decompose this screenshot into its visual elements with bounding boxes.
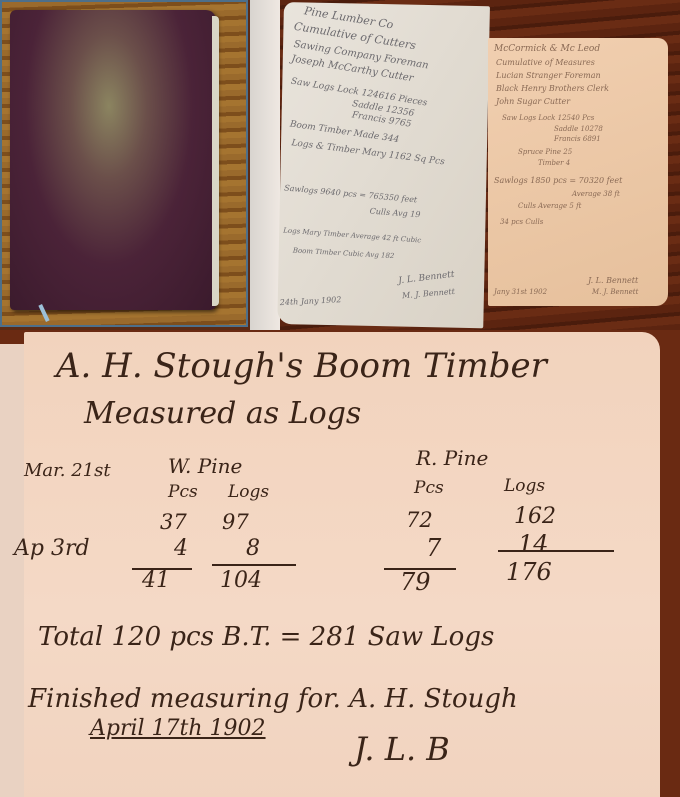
w-pine-pcs-row2: 4 — [174, 536, 188, 561]
w-pine-pcs-total: 41 — [142, 568, 170, 593]
r-pine-logs-header: Logs — [504, 476, 545, 496]
w-pine-logs-total: 104 — [220, 568, 262, 593]
r-pine-pcs-row1: 72 — [406, 508, 433, 532]
left-page-signature: M. J. Bennett — [402, 287, 456, 300]
signature-initials: J. L. B — [354, 730, 450, 768]
w-pine-logs-row2: 8 — [246, 536, 260, 561]
ledger-sheet: A. H. Stough's Boom Timber Measured as L… — [24, 332, 660, 797]
left-page-line: Logs & Timber Mary 1162 Sq Pcs — [291, 138, 445, 167]
right-page-line: John Sugar Cutter — [496, 97, 570, 106]
right-page-line: Saddle 10278 — [554, 125, 603, 133]
w-pine-pcs-row1: 37 — [160, 510, 187, 534]
r-pine-logs-row1: 162 — [514, 504, 556, 529]
right-page-date: Jany 31st 1902 — [494, 288, 547, 296]
page-edges — [212, 16, 219, 306]
left-page-signature: J. L. Bennett — [398, 270, 455, 287]
white-cloth — [250, 0, 280, 330]
right-page-line: Francis 6891 — [554, 135, 601, 143]
ledger-page-photo: A. H. Stough's Boom Timber Measured as L… — [0, 330, 680, 797]
right-page-line: Timber 4 — [538, 159, 570, 167]
left-page: Pine Lumber Co Cumulative of Cutters Saw… — [277, 2, 490, 328]
ledger-title: A. H. Stough's Boom Timber — [56, 346, 547, 386]
w-pine-logs-row1: 97 — [222, 510, 249, 534]
sum-rule — [212, 564, 296, 566]
r-pine-logs-total: 176 — [506, 558, 552, 586]
w-pine-logs-header: Logs — [228, 482, 269, 502]
right-page-signature: M. J. Bennett — [592, 288, 638, 296]
left-page-line: Sawlogs 9640 pcs = 765350 feet — [284, 183, 418, 204]
w-pine-header: W. Pine — [168, 454, 242, 478]
r-pine-logs-row2: 14 — [518, 530, 549, 558]
date-ap-3: Ap 3rd — [14, 536, 90, 561]
leather-cover — [10, 10, 216, 310]
right-page-line: Culls Average 5 ft — [518, 202, 581, 210]
notebook-cover-photo — [0, 0, 248, 327]
right-page-line: Spruce Pine 25 — [518, 148, 572, 156]
right-page-line: Saw Logs Lock 12540 Pcs — [502, 114, 594, 122]
right-page-line: McCormick & Mc Leod — [494, 44, 600, 54]
w-pine-pcs-header: Pcs — [168, 482, 198, 502]
right-page-line: Cumulative of Measures — [496, 58, 595, 67]
sum-rule — [498, 550, 614, 552]
left-page-line: Boom Timber Cubic Avg 182 — [293, 246, 395, 260]
r-pine-pcs-row2: 7 — [426, 534, 441, 562]
finished-date: April 17th 1902 — [90, 716, 266, 741]
open-notebook-photo: Pine Lumber Co Cumulative of Cutters Saw… — [250, 0, 680, 330]
right-page-line: Lucian Stranger Foreman — [496, 71, 601, 80]
left-page-line: Logs Mary Timber Average 42 ft Cubic — [283, 226, 421, 244]
left-page-line: Culls Avg 19 — [369, 207, 420, 220]
right-page-line: Black Henry Brothers Clerk — [496, 84, 609, 93]
total-line: Total 120 pcs B.T. = 281 Saw Logs — [38, 622, 494, 652]
right-page-line: Sawlogs 1850 pcs = 70320 feet — [494, 176, 622, 185]
right-page-line: Average 38 ft — [572, 190, 620, 198]
r-pine-header: R. Pine — [416, 446, 488, 470]
r-pine-pcs-header: Pcs — [414, 478, 444, 498]
ledger-subtitle: Measured as Logs — [84, 396, 361, 431]
right-page: McCormick & Mc Leod Cumulative of Measur… — [488, 38, 668, 306]
right-page-signature: J. L. Bennett — [588, 276, 638, 285]
date-mar-21: Mar. 21st — [24, 460, 111, 481]
r-pine-pcs-total: 79 — [400, 568, 431, 596]
left-page-date: 24th Jany 1902 — [280, 295, 342, 307]
finished-line: Finished measuring for. A. H. Stough — [28, 684, 518, 714]
right-page-line: 34 pcs Culls — [500, 218, 543, 226]
